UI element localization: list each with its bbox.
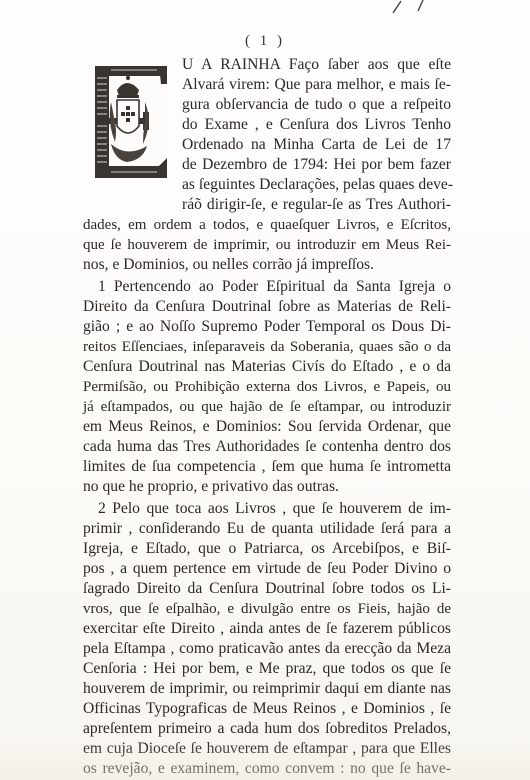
text-line: já eſtampados, ou que hajão de ſe eſtamp… [83, 397, 451, 417]
text-line: do Exame , e Cenſura dos Livros Tenho [182, 115, 451, 135]
text-line: U A RAINHA Faço ſaber aos que eſte [182, 55, 451, 75]
text-line: em Meus Reinos, e Dominios: Sou ſervida … [83, 417, 451, 437]
text-line: exercitar eſte Direito , ainda antes de … [83, 619, 451, 639]
text-line: as ſeguintes Declarações, pelas quaes de… [182, 175, 451, 195]
document-page: ( 1 ) [0, 0, 530, 780]
text-line: Alvará virem: Que para melhor, e mais ſe… [182, 75, 451, 95]
text-line: reitos Eſſenciaes, inſeparaveis da Sober… [83, 337, 451, 357]
text-line: gião ; e ao Noſſo Supremo Poder Temporal… [83, 317, 451, 337]
text-line: pela Eſtampa , como praticavão antes da … [83, 639, 451, 659]
text-line: Ordenado na Minha Carta de Lei de 17 [182, 135, 451, 155]
text-line: pos , a quem pertence em virtude de ſeu … [83, 559, 451, 579]
text-line: limites de ſua competencia , ſem que hum… [83, 457, 451, 477]
text-line: Cenſoria : Hei por bem, e Me praz, que t… [83, 659, 451, 679]
text-line: de Dezembro de 1794: Hei por bem fazer [182, 155, 451, 175]
paragraph-1-start: 1 Pertencendo ao Poder Eſpiritual da San… [98, 277, 451, 297]
paragraph-2-start: 2 Pelo que toca aos Livros , que ſe houv… [98, 499, 451, 519]
text-line: no que he proprio, e privativo das outra… [83, 477, 339, 497]
folio-number: ( 1 ) [0, 33, 530, 50]
ornamental-initial-e-icon [87, 62, 169, 182]
text-line: Direito da Cenſura Doutrinal ſobre as Ma… [83, 297, 451, 317]
text-line: apreſentem primeiro a cada hum dos ſobre… [83, 719, 451, 739]
text-line: houverem de imprimir, ou reimprimir daqu… [83, 679, 451, 699]
text-line: Cenſura Doutrinal nas Materias Civís do … [83, 357, 451, 377]
text-line: Permiſsão, ou Prohibição externa dos Liv… [83, 377, 451, 397]
text-line: que ſe houverem de imprimir, ou introduz… [83, 235, 451, 255]
text-line: ráõ dirigir-ſe, e regular-ſe as Tres Aut… [182, 195, 451, 215]
text-line: cada huma das Tres Authoridades ſe conte… [83, 437, 451, 457]
text-line: Officinas Typograficas de Meus Reinos , … [83, 699, 451, 719]
text-line: Igreja, e Eſtado, que o Patriarca, os Ar… [83, 539, 451, 559]
paper-discoloration [0, 740, 530, 780]
handwritten-mark-icon [385, 0, 445, 14]
text-line: dades, em ordem a todos, e quaeſquer Liv… [83, 215, 451, 235]
text-line: ſagrado Direito da Cenſura Doutrinal ſob… [83, 579, 451, 599]
text-line: gura obſervancia de tudo o que a reſpeit… [182, 95, 451, 115]
text-line: primir , conſiderando Eu de quanta utili… [83, 519, 451, 539]
text-line: nos, e Dominios, ou nelles corrão já imp… [83, 255, 374, 275]
text-line: vros, que ſe eſpalhão, e divulgão entre … [83, 599, 451, 619]
